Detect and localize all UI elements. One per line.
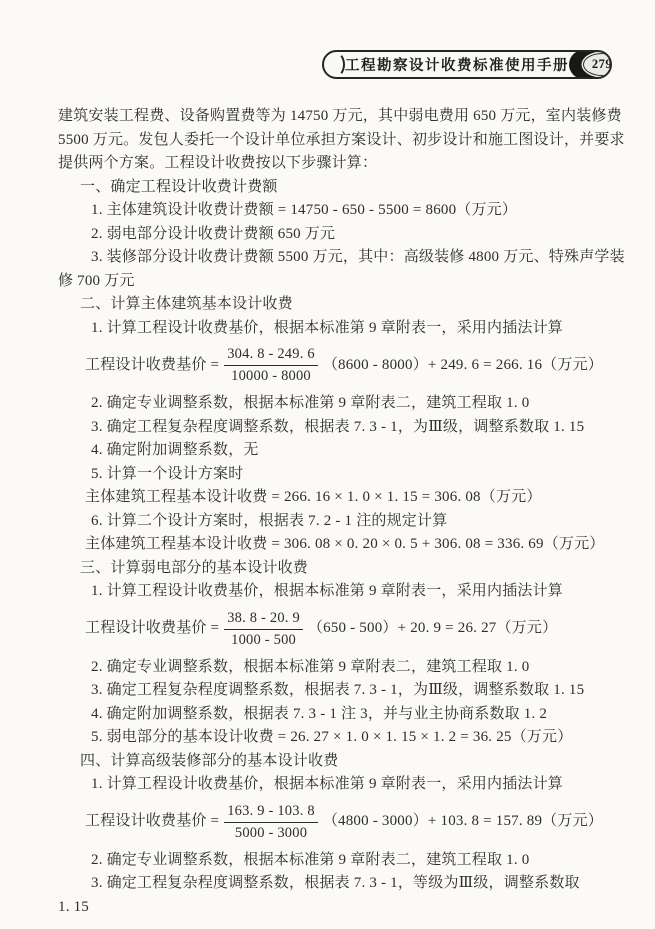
numbered-item: 2. 确定专业调整系数，根据本标准第 9 章附表二，建筑工程取 1. 0 — [91, 392, 610, 416]
numbered-item: 2. 确定专业调整系数，根据本标准第 9 章附表二，建筑工程取 1. 0 — [91, 849, 610, 873]
formula-line: 工程设计收费基价 = 38. 8 - 20. 9 1000 - 500 （650… — [85, 604, 610, 656]
numbered-item: 3. 装修部分设计收费计费额 5500 万元，其中：高级装修 4800 万元、特… — [91, 246, 610, 270]
numbered-item: 1. 计算工程设计收费基价，根据本标准第 9 章附表一，采用内插法计算 — [91, 773, 610, 797]
section-heading: 四、计算高级装修部分的基本设计收费 — [80, 750, 610, 774]
numbered-item: 5. 弱电部分的基本设计收费 = 26. 27 × 1. 0 × 1. 15 ×… — [91, 726, 610, 750]
numbered-item: 1. 主体建筑设计收费计费额 = 14750 - 650 - 5500 = 86… — [91, 199, 610, 223]
numbered-item: 5. 计算一个设计方案时 — [91, 463, 610, 487]
fraction: 304. 8 - 249. 6 10000 - 8000 — [224, 345, 318, 386]
fraction-denominator: 5000 - 3000 — [224, 823, 318, 843]
formula-suffix: （650 - 500）+ 20. 9 = 26. 27（万元） — [308, 617, 557, 641]
page-number-badge: 279 — [583, 53, 612, 76]
paragraph-line: 建筑安装工程费、设备购置费等为 14750 万元，其中弱电费用 650 万元，室… — [58, 105, 610, 129]
formula-line: 工程设计收费基价 = 163. 9 - 103. 8 5000 - 3000 （… — [85, 797, 610, 849]
numbered-item: 3. 确定工程复杂程度调整系数，根据表 7. 3 - 1，为Ⅲ级，调整系数取 1… — [91, 416, 610, 440]
numbered-item: 2. 弱电部分设计收费计费额 650 万元 — [91, 223, 610, 247]
fraction: 38. 8 - 20. 9 1000 - 500 — [224, 609, 303, 650]
numbered-item: 4. 确定附加调整系数，根据表 7. 3 - 1 注 3，并与业主协商系数取 1… — [91, 703, 610, 727]
fraction-numerator: 38. 8 - 20. 9 — [224, 609, 303, 630]
fraction-numerator: 163. 9 - 103. 8 — [224, 802, 318, 823]
paragraph-line: 提供两个方案。工程设计收费按以下步骤计算： — [58, 152, 610, 176]
page-number-pill: 279 — [569, 50, 612, 79]
fraction: 163. 9 - 103. 8 5000 - 3000 — [224, 802, 318, 843]
result-line: 主体建筑工程基本设计收费 = 306. 08 × 0. 20 × 0. 5 + … — [85, 533, 610, 557]
page-body-text: 建筑安装工程费、设备购置费等为 14750 万元，其中弱电费用 650 万元，室… — [58, 105, 610, 919]
section-heading: 三、计算弱电部分的基本设计收费 — [80, 557, 610, 581]
running-header: 工程勘察设计收费标准使用手册 279 — [322, 50, 612, 79]
document-page: 工程勘察设计收费标准使用手册 279 建筑安装工程费、设备购置费等为 14750… — [0, 0, 655, 929]
formula-line: 工程设计收费基价 = 304. 8 - 249. 6 10000 - 8000 … — [85, 340, 610, 392]
fraction-numerator: 304. 8 - 249. 6 — [224, 345, 318, 366]
continuation-line: 1. 15 — [58, 896, 610, 920]
section-heading: 二、计算主体建筑基本设计收费 — [80, 293, 610, 317]
formula-prefix: 工程设计收费基价 = — [85, 354, 219, 378]
fraction-denominator: 1000 - 500 — [224, 630, 303, 650]
paragraph-line: 5500 万元。发包人委托一个设计单位承担方案设计、初步设计和施工图设计，并要求 — [58, 129, 610, 153]
fraction-denominator: 10000 - 8000 — [224, 366, 318, 386]
numbered-item: 2. 确定专业调整系数，根据本标准第 9 章附表二，建筑工程取 1. 0 — [91, 656, 610, 680]
formula-prefix: 工程设计收费基价 = — [85, 617, 219, 641]
continuation-line: 修 700 万元 — [58, 270, 610, 294]
formula-prefix: 工程设计收费基价 = — [85, 810, 219, 834]
formula-suffix: （4800 - 3000）+ 103. 8 = 157. 89（万元） — [323, 810, 603, 834]
formula-suffix: （8600 - 8000）+ 249. 6 = 266. 16（万元） — [323, 354, 603, 378]
numbered-item: 3. 确定工程复杂程度调整系数，根据表 7. 3 - 1，等级为Ⅲ级，调整系数取 — [91, 872, 610, 896]
result-line: 主体建筑工程基本设计收费 = 266. 16 × 1. 0 × 1. 15 = … — [85, 486, 610, 510]
numbered-item: 3. 确定工程复杂程度调整系数，根据表 7. 3 - 1，为Ⅲ级，调整系数取 1… — [91, 679, 610, 703]
numbered-item: 4. 确定附加调整系数，无 — [91, 439, 610, 463]
header-title: 工程勘察设计收费标准使用手册 — [345, 54, 569, 75]
numbered-item: 1. 计算工程设计收费基价，根据本标准第 9 章附表一，采用内插法计算 — [91, 317, 610, 341]
arc-decoration-icon — [327, 52, 345, 77]
numbered-item: 6. 计算二个设计方案时，根据表 7. 2 - 1 注的规定计算 — [91, 510, 610, 534]
section-heading: 一、确定工程设计收费计费额 — [80, 176, 610, 200]
numbered-item: 1. 计算工程设计收费基价，根据本标准第 9 章附表一，采用内插法计算 — [91, 580, 610, 604]
